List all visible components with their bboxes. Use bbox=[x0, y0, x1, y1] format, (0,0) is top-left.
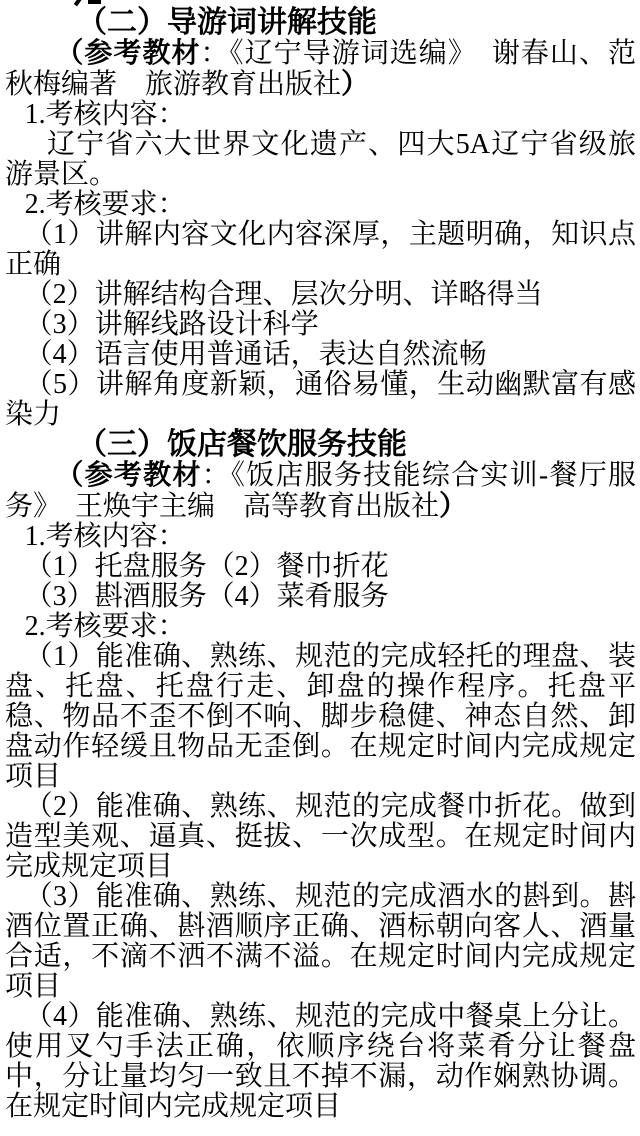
section-3-requirement-item: （2）能准确、熟练、规范的完成餐巾折花。做到造型美观、逼真、挺拔、一次成型。在规… bbox=[5, 792, 636, 882]
section-3-requirement-item: （4）能准确、熟练、规范的完成中餐桌上分让。使用叉勺手法正确，依顺序绕台将菜肴分… bbox=[5, 1002, 636, 1122]
section-3-content-label: 1.考核内容： bbox=[5, 522, 636, 552]
section-2-requirement-item: （4）语言使用普通话，表达自然流畅 bbox=[5, 340, 636, 370]
section-2-requirement-item: （1）讲解内容文化内容深厚，主题明确，知识点正确 bbox=[5, 220, 636, 280]
document-page: （二）导游词讲解技能 （参考教材：《辽宁导游词选编》 谢春山、范秋梅编著 旅游教… bbox=[0, 0, 640, 1136]
reference-close-paren: ） bbox=[439, 490, 467, 521]
section-3-content-item: （3）斟酒服务（4）菜肴服务 bbox=[5, 582, 636, 612]
section-3-heading: （三）饭店餐饮服务技能 bbox=[5, 430, 636, 460]
section-3-requirement-item: （1）能准确、熟练、规范的完成轻托的理盘、装盘、托盘、托盘行走、卸盘的操作程序。… bbox=[5, 642, 636, 792]
section-2-requirement-item: （5）讲解角度新颖，通俗易懂，生动幽默富有感染力 bbox=[5, 370, 636, 430]
reference-label: （参考教材 bbox=[55, 459, 201, 490]
section-3-content-item: （1）托盘服务（2）餐巾折花 bbox=[5, 552, 636, 582]
section-2-requirement-item: （2）讲解结构合理、层次分明、详略得当 bbox=[5, 280, 636, 310]
section-2-requirements-label: 2.考核要求： bbox=[5, 190, 636, 220]
section-3-reference-textbook: （参考教材：《饭店服务技能综合实训-餐厅服务》 王焕宇主编 高等教育出版社） bbox=[5, 460, 636, 522]
section-3-requirement-item: （3）能准确、熟练、规范的完成酒水的斟到。斟酒位置正确、斟酒顺序正确、酒标朝向客… bbox=[5, 882, 636, 1002]
section-2-reference-textbook: （参考教材：《辽宁导游词选编》 谢春山、范秋梅编著 旅游教育出版社） bbox=[5, 38, 636, 100]
section-2-heading: （二）导游词讲解技能 bbox=[5, 8, 636, 38]
section-3-requirements-label: 2.考核要求： bbox=[5, 612, 636, 642]
clipped-previous-line-fragment bbox=[88, 0, 101, 4]
section-2-content-text: 辽宁省六大世界文化遗产、四大5A辽宁省级旅游景区。 bbox=[5, 130, 636, 190]
section-2-requirement-item: （3）讲解线路设计科学 bbox=[5, 310, 636, 340]
section-2-content-label: 1.考核内容： bbox=[5, 100, 636, 130]
reference-close-paren: ） bbox=[341, 68, 369, 99]
reference-label: （参考教材 bbox=[55, 37, 200, 68]
